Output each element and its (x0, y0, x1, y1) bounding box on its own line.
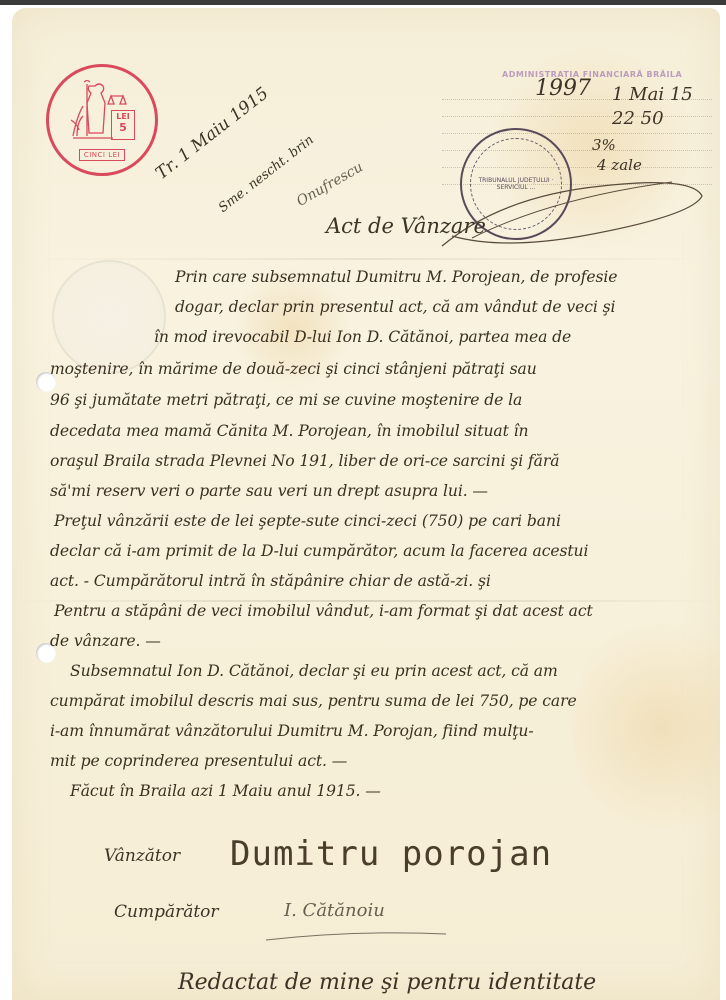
body-line: dogar, declar prin presentul act, că am … (175, 298, 615, 316)
body-line: moştenire, în mărime de două-zeci şi cin… (50, 360, 537, 378)
seller-signature: Dumitru porojan (230, 834, 552, 874)
margin-note-registration: Tr. 1 Maiu 1915 (152, 84, 272, 184)
notary-flourish-signature (432, 168, 712, 258)
embossed-seal (52, 260, 166, 374)
document-title: Act de Vânzare (326, 214, 486, 238)
registry-sum: 22 50 (612, 108, 664, 129)
paper-fold (12, 258, 720, 260)
scan-top-edge (0, 0, 726, 5)
revenue-stamp: LEI 5 CINCI LEI (46, 64, 158, 176)
body-line: 96 şi jumătate metri pătraţi, ce mi se c… (50, 391, 522, 409)
body-line: act. - Cumpărătorul intră în stăpânire c… (50, 572, 491, 590)
body-line: în mod irevocabil D-lui Ion D. Cătănoi, … (154, 328, 571, 346)
body-line: i-am înnumărat vânzătorului Dumitru M. P… (50, 722, 533, 740)
margin-note-3: Onufrescu (294, 159, 366, 210)
body-line: Preţul vânzării este de lei şepte-sute c… (54, 512, 561, 530)
registry-stamp-header: ADMINISTRAȚIA FINANCIARĂ BRĂILA (502, 70, 712, 79)
buyer-label: Cumpărător (114, 902, 219, 922)
body-line: Prin care subsemnatul Dumitru M. Porojea… (175, 268, 617, 286)
stamp-value-box: LEI 5 (111, 110, 135, 140)
document-page: LEI 5 CINCI LEI ADMINISTRAȚIA FINANCIARĂ… (12, 8, 720, 1000)
buyer-signature: I. Cătănoiu (284, 900, 385, 921)
stamp-value: 5 (112, 122, 134, 133)
justice-figure-icon: LEI 5 (67, 80, 137, 146)
stamp-caption: CINCI LEI (79, 149, 125, 161)
body-line: declar că i-am primit de la D-lui cumpăr… (50, 542, 588, 560)
body-line: cumpărat imobilul descris mai sus, pentr… (50, 692, 577, 710)
footer-line: Redactat de mine şi pentru identitate (178, 970, 596, 995)
body-line: oraşul Braila strada Plevnei No 191, lib… (50, 452, 559, 470)
body-line: de vânzare. — (50, 632, 161, 650)
body-line: să'mi reserv veri o parte sau veri un dr… (50, 482, 488, 500)
registry-date: 1 Mai 15 (612, 84, 693, 105)
registry-number: 1997 (535, 76, 591, 101)
body-line: Pentru a stăpâni de veci imobilul vândut… (54, 602, 593, 620)
body-line: Făcut în Braila azi 1 Maiu anul 1915. — (70, 782, 381, 800)
registry-fee: 3% (592, 136, 616, 154)
paper-stain (572, 608, 720, 848)
stamp-value-label: LEI (116, 112, 130, 121)
body-line: decedata mea mamă Cănita M. Porojean, în… (50, 422, 528, 440)
buyer-signature-underline (262, 926, 462, 946)
body-line: Subsemnatul Ion D. Cătănoi, declar şi eu… (70, 662, 558, 680)
seller-label: Vânzător (104, 846, 180, 866)
body-line: mit pe coprinderea presentului act. — (50, 752, 347, 770)
